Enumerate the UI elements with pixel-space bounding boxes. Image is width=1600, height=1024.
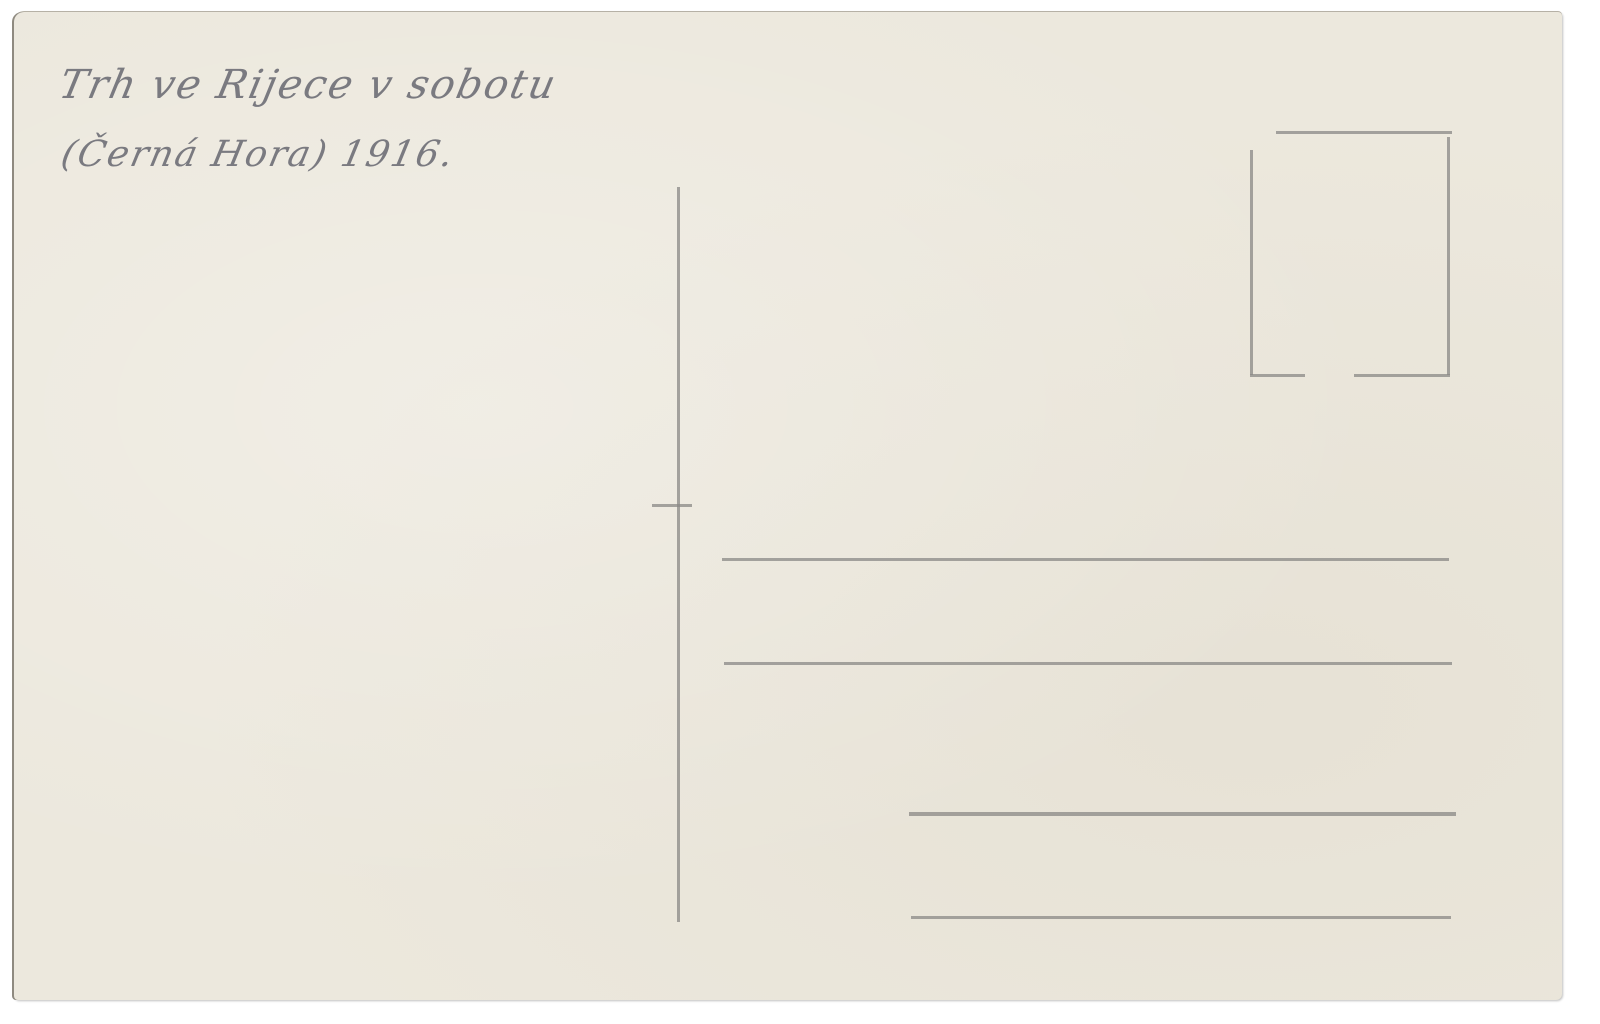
stamp-box-top-edge (1276, 131, 1452, 134)
postcard-back: Trh ve Rijece v sobotu (Černá Hora) 1916… (14, 12, 1562, 1000)
stamp-box-left-edge (1250, 150, 1253, 375)
stamp-box-bottom-edge-right (1354, 374, 1450, 377)
address-line (724, 662, 1452, 665)
divider-tick-mark (652, 504, 692, 507)
address-line (911, 916, 1451, 919)
stamp-box-right-edge (1447, 137, 1450, 375)
handwritten-caption-line-2: (Černá Hora) 1916. (58, 134, 459, 175)
stamp-box-bottom-edge-left (1250, 374, 1305, 377)
handwritten-caption-line-1: Trh ve Rijece v sobotu (55, 62, 561, 108)
address-line (909, 812, 1456, 816)
address-line (722, 558, 1449, 561)
vertical-divider (677, 187, 680, 922)
